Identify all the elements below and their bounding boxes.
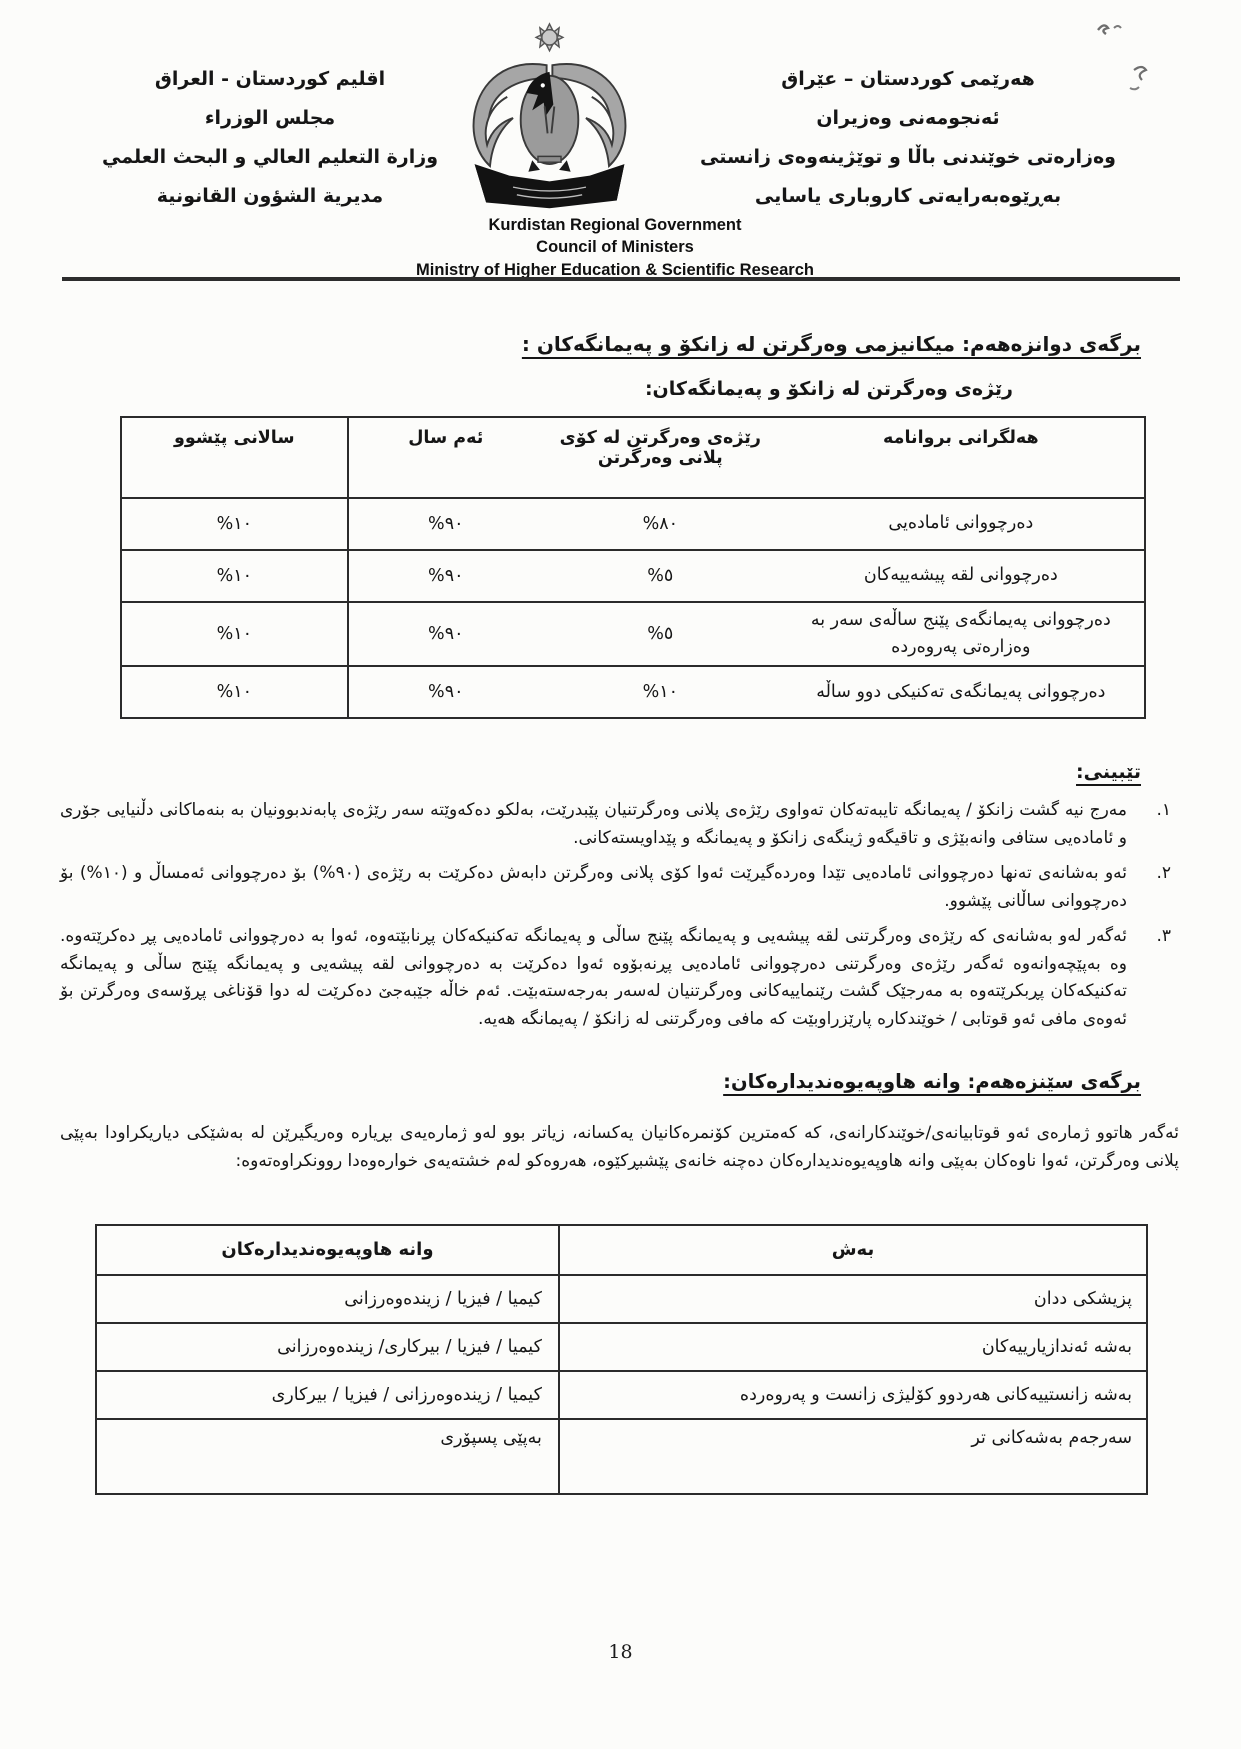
header-arabic-line: مديرية الشؤون القانونية (100, 177, 440, 216)
col-certificate-holders: هەلگرانی بروانامە (778, 417, 1145, 498)
col-share-of-plan: رێژەی وەرگرتن لە کۆی پلانی وەرگرتن (543, 417, 778, 498)
article-12-title: برگەی دوانزەهەم: میکانیزمی وەرگرتن لە زا… (0, 332, 1141, 356)
table-row: دەرچووانی ئامادەیی %٨٠ %٩٠ %١٠ (121, 498, 1145, 550)
related-subjects-table: بەش وانە هاوپەیوەندیدارەکان پزیشکی ددان … (95, 1224, 1148, 1495)
col-department: بەش (559, 1225, 1147, 1275)
table-header-row: هەلگرانی بروانامە رێژەی وەرگرتن لە کۆی پ… (121, 417, 1145, 498)
header-kurdish-line: وەزارەتی خوێندنی باڵا و توێژینەوەی زانست… (693, 138, 1123, 177)
header-kurdish-line: ئەنجومەنی وەزیران (693, 99, 1123, 138)
col-related-subjects: وانە هاوپەیوەندیدارەکان (96, 1225, 559, 1275)
admission-rates-table: هەلگرانی بروانامە رێژەی وەرگرتن لە کۆی پ… (120, 416, 1146, 719)
note-item-1: ١. مەرج نیە گشت زانکۆ / پەیمانگە تایبەتە… (60, 797, 1171, 852)
col-this-year: ئەم سال (348, 417, 543, 498)
header-kurdish-block: هەرێمی کوردستان – عێراق ئەنجومەنی وەزیرا… (693, 60, 1123, 216)
note-item-3: ٣. ئەگەر لەو بەشانەی کە رێژەی وەرگرتنی ل… (60, 923, 1171, 1033)
note-number: ٢. (1127, 860, 1171, 915)
admission-rate-subtitle: رێژەی وەرگرتن لە زانکۆ و پەیمانگەکان: (0, 378, 1013, 400)
note-text: ئەو بەشانەی تەنها دەرچووانی ئامادەیی تێد… (60, 860, 1127, 915)
note-number: ٣. (1127, 923, 1171, 1033)
header-english-line: Council of Ministers (310, 236, 920, 258)
table-header-row: بەش وانە هاوپەیوەندیدارەکان (96, 1225, 1147, 1275)
note-number: ١. (1127, 797, 1171, 852)
header-english-line: Kurdistan Regional Government (310, 214, 920, 236)
article-13-title: برگەی سێنزەهەم: وانە هاوپەیوەندیدارەکان: (0, 1070, 1141, 1093)
table-row: دەرچووانی پەیمانگەی پێنج ساڵەی سەر بە وە… (121, 602, 1145, 666)
scanned-document-page: هەرێمی کوردستان – عێراق ئەنجومەنی وەزیرا… (0, 0, 1241, 1749)
table-row: بەشە زانستییەکانی هەردوو کۆلیژی زانست و … (96, 1371, 1147, 1419)
header-arabic-line: اقليم كوردستان - العراق (100, 60, 440, 99)
page-number: 18 (0, 1641, 1241, 1663)
note-item-2: ٢. ئەو بەشانەی تەنها دەرچووانی ئامادەیی … (60, 860, 1171, 915)
header-divider-rule (62, 277, 1180, 281)
table-row: دەرچووانی لقە پیشەییەکان %٥ %٩٠ %١٠ (121, 550, 1145, 602)
table-row: پزیشکی ددان کیمیا / فیزیا / زیندەوەرزانی (96, 1275, 1147, 1323)
table-row: سەرجەم بەشەکانی تر بەپێی پسپۆری (96, 1419, 1147, 1494)
header-arabic-line: مجلس الوزراء (100, 99, 440, 138)
col-previous-years: سالانی پێشوو (121, 417, 348, 498)
note-text: ئەگەر لەو بەشانەی کە رێژەی وەرگرتنی لقە … (60, 923, 1127, 1033)
header-arabic-line: وزارة التعليم العالي و البحث العلمي (100, 138, 440, 177)
header-english-block: Kurdistan Regional Government Council of… (310, 214, 920, 281)
note-text: مەرج نیە گشت زانکۆ / پەیمانگە تایبەتەکان… (60, 797, 1127, 852)
header-kurdish-line: بەڕێوەبەرایەتی کاروباری یاسایی (693, 177, 1123, 216)
document-body: برگەی دوانزەهەم: میکانیزمی وەرگرتن لە زا… (0, 332, 1241, 1495)
article-13-paragraph: ئەگەر هاتوو ژمارەی ئەو قوتابیانەی/خوێندک… (60, 1119, 1179, 1176)
header-kurdish-line: هەرێمی کوردستان – عێراق (693, 60, 1123, 99)
krg-eagle-emblem-icon (447, 22, 652, 214)
notes-heading: تێبینی: (0, 761, 1141, 783)
table-row: بەشە ئەندازیارییەکان کیمیا / فیزیا / بیر… (96, 1323, 1147, 1371)
header-arabic-block: اقليم كوردستان - العراق مجلس الوزراء وزا… (100, 60, 440, 216)
pen-ink-marks (1070, 14, 1210, 104)
table-row: دەرچووانی پەیمانگەی تەکنیکی دوو ساڵە %١٠… (121, 666, 1145, 718)
